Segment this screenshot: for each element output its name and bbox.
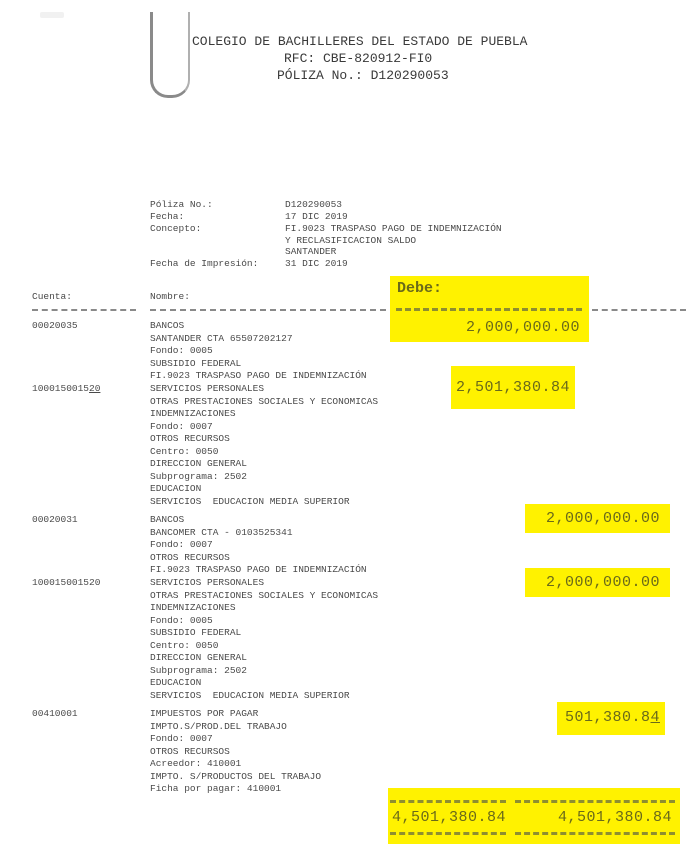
entry-line: OTROS RECURSOS (150, 552, 367, 565)
meta-value-fecha-impresion: 31 DIC 2019 (285, 258, 348, 270)
institution-name: COLEGIO DE BACHILLERES DEL ESTADO DE PUE… (192, 34, 527, 49)
entry-2-nombre: SERVICIOS PERSONALESOTRAS PRESTACIONES S… (150, 383, 378, 508)
entry-line: Fondo: 0007 (150, 733, 321, 746)
entry-line: BANCOMER CTA - 0103525341 (150, 527, 367, 540)
entry-line: EDUCACION (150, 483, 378, 496)
entry-line: SANTANDER CTA 65507202127 (150, 333, 367, 346)
entry-line: Centro: 0050 (150, 446, 378, 459)
entry-line: Fondo: 0007 (150, 421, 378, 434)
entry-line: IMPTO. S/PRODUCTOS DEL TRABAJO (150, 771, 321, 784)
entry-line: SUBSIDIO FEDERAL (150, 627, 378, 640)
entry-line: DIRECCION GENERAL (150, 458, 378, 471)
meta-value-poliza: D120290053 (285, 199, 342, 211)
entry-line: IMPUESTOS POR PAGAR (150, 708, 321, 721)
entry-2-cuenta: 100015001520 (32, 383, 100, 394)
totals-debe-bottom-rule (390, 832, 506, 835)
entry-line: DIRECCION GENERAL (150, 652, 378, 665)
entry-line: Acreedor: 410001 (150, 758, 321, 771)
scan-artifact (40, 12, 64, 18)
entry-line: Subprograma: 2502 (150, 471, 378, 484)
entry-line: IMPTO.S/PROD.DEL TRABAJO (150, 721, 321, 734)
entry-line: EDUCACION (150, 677, 378, 690)
entry-line: INDEMNIZACIONES (150, 408, 378, 421)
entry-line: FI.9023 TRASPASO PAGO DE INDEMNIZACIÓN (150, 564, 367, 577)
column-header-debe: Debe: (397, 280, 442, 297)
meta-value-concepto-2: Y RECLASIFICACION SALDO (285, 235, 416, 247)
meta-value-concepto-3: SANTANDER (285, 246, 336, 258)
meta-label-fecha-impresion: Fecha de Impresión: (150, 258, 258, 270)
entry-2-debe: 2,501,380.84 (455, 379, 570, 396)
entry-line: SERVICIOS EDUCACION MEDIA SUPERIOR (150, 496, 378, 509)
separator-haber (592, 309, 686, 311)
rfc-line: RFC: CBE-820912-FI0 (284, 51, 432, 66)
entry-line: SERVICIOS EDUCACION MEDIA SUPERIOR (150, 690, 378, 703)
column-header-nombre: Nombre: (150, 291, 190, 302)
entry-line: Centro: 0050 (150, 640, 378, 653)
total-debe: 4,501,380.84 (390, 809, 506, 826)
entry-line: INDEMNIZACIONES (150, 602, 378, 615)
entry-5-cuenta: 00410001 (32, 708, 78, 719)
entry-4-debe: 2,000,000.00 (530, 574, 660, 591)
entry-4-cuenta: 100015001520 (32, 577, 100, 588)
separator-cuenta (32, 309, 136, 311)
entry-line: OTRAS PRESTACIONES SOCIALES Y ECONOMICAS (150, 396, 378, 409)
separator-debe (396, 308, 582, 311)
meta-value-fecha: 17 DIC 2019 (285, 211, 348, 223)
entry-3-cuenta: 00020031 (32, 514, 78, 525)
column-header-cuenta: Cuenta: (32, 291, 72, 302)
entry-line: Fondo: 0005 (150, 615, 378, 628)
entry-1-nombre: BANCOSSANTANDER CTA 65507202127Fondo: 00… (150, 320, 367, 383)
poliza-header: PÓLIZA No.: D120290053 (277, 68, 449, 83)
entry-line: SERVICIOS PERSONALES (150, 383, 378, 396)
entry-1-cuenta: 00020035 (32, 320, 78, 331)
totals-haber-top-rule (515, 800, 675, 803)
entry-3-nombre: BANCOSBANCOMER CTA - 0103525341Fondo: 00… (150, 514, 367, 577)
institution-logo-icon (150, 12, 190, 98)
meta-label-concepto: Concepto: (150, 223, 201, 235)
entry-line: SERVICIOS PERSONALES (150, 577, 378, 590)
entry-1-debe: 2,000,000.00 (400, 319, 580, 336)
entry-line: Fondo: 0007 (150, 539, 367, 552)
meta-value-concepto-1: FI.9023 TRASPASO PAGO DE INDEMNIZACIÓN (285, 223, 502, 235)
entry-3-debe: 2,000,000.00 (530, 510, 660, 527)
entry-line: Subprograma: 2502 (150, 665, 378, 678)
entry-line: OTROS RECURSOS (150, 746, 321, 759)
entry-line: BANCOS (150, 514, 367, 527)
separator-nombre (150, 309, 386, 311)
entry-line: Fondo: 0005 (150, 345, 367, 358)
entry-line: OTROS RECURSOS (150, 433, 378, 446)
totals-debe-top-rule (390, 800, 506, 803)
entry-line: SUBSIDIO FEDERAL (150, 358, 367, 371)
entry-line: FI.9023 TRASPASO PAGO DE INDEMNIZACIÓN (150, 370, 367, 383)
entry-5-debe: 501,380.84 (558, 709, 660, 726)
entry-line: BANCOS (150, 320, 367, 333)
meta-label-poliza: Póliza No.: (150, 199, 213, 211)
entry-line: Ficha por pagar: 410001 (150, 783, 321, 796)
totals-haber-bottom-rule (515, 832, 675, 835)
entry-5-nombre: IMPUESTOS POR PAGARIMPTO.S/PROD.DEL TRAB… (150, 708, 321, 796)
entry-line: OTRAS PRESTACIONES SOCIALES Y ECONOMICAS (150, 590, 378, 603)
entry-4-nombre: SERVICIOS PERSONALESOTRAS PRESTACIONES S… (150, 577, 378, 702)
total-haber: 4,501,380.84 (520, 809, 672, 826)
meta-label-fecha: Fecha: (150, 211, 184, 223)
